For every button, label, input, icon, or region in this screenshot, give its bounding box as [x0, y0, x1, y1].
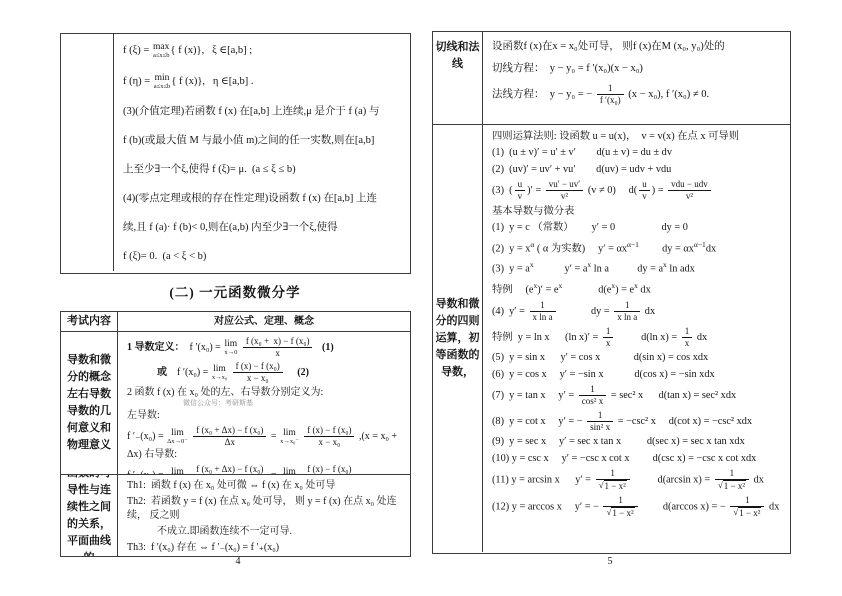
formula-line: Th2: 若函数 y = f (x) 在点 x₀ 处可导， 则 y = f (x… [127, 495, 405, 523]
formula-cell: 1 导数定义： f ′(x₀) = limx→0 f (x₀ + x) − f … [118, 332, 410, 474]
formula-line: 2 函数 f (x) 在 x₀ 处的左、右导数分别定义为: [127, 386, 405, 400]
topic-cell-empty [61, 34, 114, 271]
formula-cell: 设函数f (x)在x = x₀处可导， 则f (x)在M (x₀, y₀)处的切… [483, 32, 790, 124]
formula-line: (9) y = sec x y′ = sec x tan x d(sec x) … [492, 435, 785, 449]
formula-line: (3)(介值定理)若函数 f (x) 在[a,b] 上连续,μ 是介于 f (a… [123, 104, 405, 119]
formula-line: 续,且 f (a)· f (b)< 0,则在(a,b) 内至少∃一个ξ,使得 [123, 220, 405, 235]
formula-line: Th3: f ′(x₀) 存在 ⇔ f ′₋(x₀) = f ′₊(x₀) [127, 541, 405, 555]
formula-line: (3) y = ax y′ = ax ln a dy = ax ln adx [492, 258, 785, 276]
formula-line: (1) (u ± v)′ = u′ ± v′ d(u ± v) = du ± d… [492, 146, 785, 160]
formula-line: 特例 y = ln x (ln x)′ = 1x d(ln x) = 1x dx [492, 326, 785, 349]
table-row: 切线和法线 设函数f (x)在x = x₀处可导， 则f (x)在M (x₀, … [433, 32, 790, 124]
continuity-theorems-table: f (ξ) = maxa≤x≤b{ f (x)}, ξ ∈[a,b] ;f (η… [60, 33, 411, 274]
formula-line: (4)(零点定理或根的存在性定理)设函数 f (x) 在[a,b] 上连 [123, 191, 405, 206]
page-number-left: 4 [228, 556, 248, 567]
topic-cell: 切线和法线 [433, 32, 483, 124]
formula-line: Th1: 函数 f (x) 在 x₀ 处可微 ⇔ f (x) 在 x₀ 处可导 [127, 479, 405, 493]
formula-line: f (ξ)= 0. (a < ξ < b) [123, 249, 405, 264]
table-row: f (ξ) = maxa≤x≤b{ f (x)}, ξ ∈[a,b] ;f (η… [61, 34, 410, 271]
topic-cell: 导数和微分的四则运算，初等函数的导数， [433, 125, 483, 552]
formula-line: f (ξ) = maxa≤x≤b{ f (x)}, ξ ∈[a,b] ; [123, 42, 405, 59]
formula-line: 设函数f (x)在x = x₀处可导， 则f (x)在M (x₀, y₀)处的 [492, 39, 785, 54]
formula-cell: f (ξ) = maxa≤x≤b{ f (x)}, ξ ∈[a,b] ;f (η… [114, 34, 410, 271]
formula-line: 或 f ′(x₀) = limx→x₀ f (x) − f (x₀)x − x₀… [157, 361, 405, 384]
formula-line: (1) y = c （常数） y′ = 0 dy = 0 [492, 221, 785, 235]
page-number-right: 5 [600, 556, 620, 567]
formula-line: 上至少∃一个ξ,使得 f (ξ)= μ. (a ≤ ξ ≤ b) [123, 162, 405, 177]
formulas-header: 对应公式、定理、概念 [118, 312, 410, 331]
derivative-formulas-table: 切线和法线 设函数f (x)在x = x₀处可导， 则f (x)在M (x₀, … [432, 31, 791, 554]
table-header-row: 考试内容 对应公式、定理、概念 [61, 312, 410, 331]
formula-line: f ′₋(x₀) = limΔx→0⁻ f (x₀ + Δx) − f (x₀)… [127, 425, 405, 462]
table-row: 函数的可导性与连续性之间的关系，平面曲线的 Th1: 函数 f (x) 在 x₀… [61, 474, 410, 556]
formula-line: (2) (uv)′ = uv′ + vu′ d(uv) = udv + vdu [492, 163, 785, 177]
table-row: 导数和微分的四则运算，初等函数的导数， 四则运算法则: 设函数 u = u(x)… [433, 124, 790, 552]
formula-line: 不成立.即函数连续不一定可导. [157, 525, 405, 539]
formula-line: 切线方程： y − y₀ = f ′(x₀)(x − x₀) [492, 61, 785, 76]
formula-line: 四则运算法则: 设函数 u = u(x)， v = v(x) 在点 x 可导则 [492, 130, 785, 144]
formula-line: (4) y′ = 1x ln a dy = 1x ln a dx [492, 300, 785, 323]
scanned-document-page: f (ξ) = maxa≤x≤b{ f (x)}, ξ ∈[a,b] ;f (η… [0, 0, 842, 596]
formula-line: 1 导数定义： f ′(x₀) = limx→0 f (x₀ + x) − f … [127, 336, 405, 359]
formula-line: f (η) = mina≤x≤b{ f (x)}, η ∈[a,b] . [123, 73, 405, 90]
formula-line: f (b)(或最大值 M 与最小值 m)之间的任一实数,则在[a,b] [123, 133, 405, 148]
formula-line: f ′₊(x₀) = limΔx→0⁺ f (x₀ + Δx) − f (x₀)… [127, 464, 405, 474]
formula-line: (10) y = csc x y′ = −csc x cot x d(csc x… [492, 452, 785, 466]
table-row: 导数和微分的概念左右导数导数的几何意义和物理意义 1 导数定义： f ′(x₀)… [61, 331, 410, 474]
formula-line: (8) y = cot x y′ = − 1sin² x = −csc² x d… [492, 410, 785, 433]
formula-line: (6) y = cos x y′ = −sin x d(cos x) = −si… [492, 368, 785, 382]
formula-line: (5) y = sin x y′ = cos x d(sin x) = cos … [492, 351, 785, 365]
topic-cell: 函数的可导性与连续性之间的关系，平面曲线的 [61, 475, 118, 556]
formula-line: (12) y = arccos x y′ = − 1√1 − x² d(arcc… [492, 495, 785, 519]
formula-line: (11) y = arcsin x y′ = 1√1 − x² d(arcsin… [492, 468, 785, 492]
formula-cell: Th1: 函数 f (x) 在 x₀ 处可微 ⇔ f (x) 在 x₀ 处可导T… [118, 475, 410, 556]
exam-content-header: 考试内容 [61, 312, 118, 331]
formula-line: 法线方程： y − y₀ = − 1f ′(x₀) (x − x₀), f ′(… [492, 83, 785, 106]
formula-cell: 四则运算法则: 设函数 u = u(x)， v = v(x) 在点 x 可导则(… [483, 125, 790, 552]
watermark-text: 微信公众号：考研斯基 [183, 399, 405, 407]
differential-exam-table: 考试内容 对应公式、定理、概念 导数和微分的概念左右导数导数的几何意义和物理意义… [60, 311, 411, 557]
formula-line: (3) (uv)′ = vu′ − uv′v² (v ≠ 0) d(uv) = … [492, 179, 785, 202]
topic-cell: 导数和微分的概念左右导数导数的几何意义和物理意义 [61, 332, 118, 474]
formula-line: 特例 (ex)′ = ex d(ex) = ex dx [492, 279, 785, 297]
formula-line: (7) y = tan x y′ = 1cos² x = sec² x d(ta… [492, 384, 785, 407]
formula-line: 基本导数与微分表 [492, 205, 785, 219]
formula-line: 左导数: [127, 409, 405, 423]
formula-line: (2) y = xα ( α 为实数) y′ = αxα−1 dy = αxα−… [492, 238, 785, 256]
section-heading: (二) 一元函数微分学 [60, 281, 410, 301]
